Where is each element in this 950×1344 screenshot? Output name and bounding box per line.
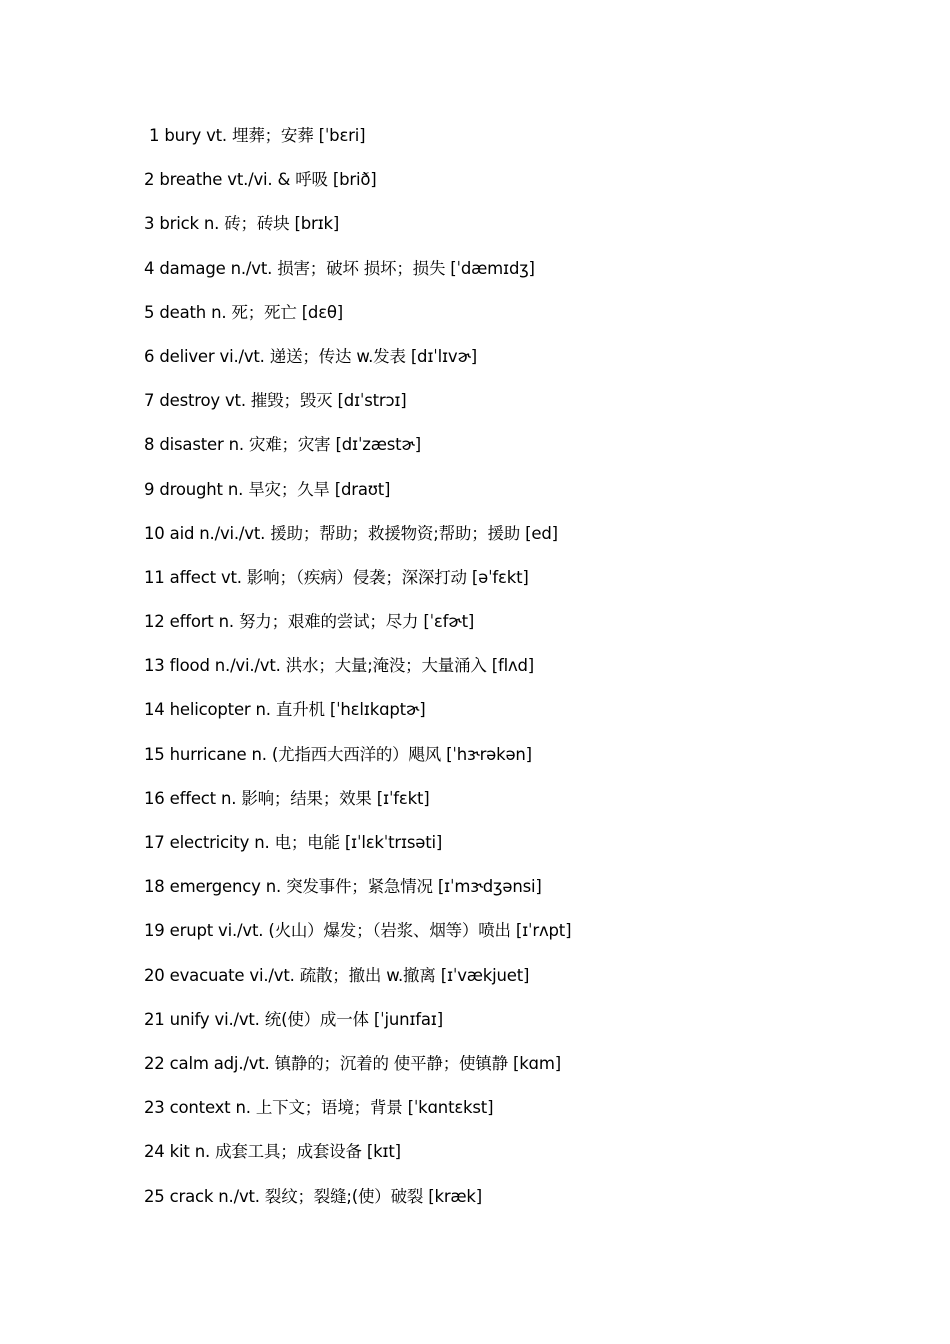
entry-word: kit bbox=[170, 1142, 190, 1161]
entry-ipa: [ˈbɛri] bbox=[319, 126, 366, 145]
entry-meaning: 递送；传达 w.发表 bbox=[270, 347, 406, 366]
entry-ipa: [kræk] bbox=[428, 1187, 482, 1206]
entry-number: 5 bbox=[144, 303, 154, 322]
entry-number: 14 bbox=[144, 700, 165, 719]
entry-ipa: [dɛθ] bbox=[302, 303, 343, 322]
entry-meaning: 统(使）成一体 bbox=[265, 1010, 369, 1029]
entry-ipa: [dɪˈzæstɚ] bbox=[336, 435, 421, 454]
entry-pos: n. bbox=[211, 303, 226, 322]
vocab-entry: 8 disaster n. 灾难；灾害 [dɪˈzæstɚ] bbox=[144, 434, 571, 478]
entry-ipa: [ɪˈlɛkˈtrɪsəti] bbox=[345, 833, 442, 852]
entry-pos: vt. bbox=[221, 568, 242, 587]
entry-number: 6 bbox=[144, 347, 154, 366]
entry-word: context bbox=[170, 1098, 231, 1117]
entry-ipa: [brɪk] bbox=[294, 214, 339, 233]
entry-number: 24 bbox=[144, 1142, 165, 1161]
entry-word: brick bbox=[159, 214, 198, 233]
vocab-entry: 17 electricity n. 电；电能 [ɪˈlɛkˈtrɪsəti] bbox=[144, 832, 571, 876]
entry-pos: n. bbox=[195, 1142, 210, 1161]
entry-word: effort bbox=[170, 612, 214, 631]
entry-ipa: [ˈɛfɚt] bbox=[423, 612, 474, 631]
entry-pos: n. bbox=[256, 700, 271, 719]
vocab-entry: 12 effort n. 努力；艰难的尝试；尽力 [ˈɛfɚt] bbox=[144, 611, 571, 655]
entry-ipa: [ˈhɛlɪkɑptɚ] bbox=[330, 700, 426, 719]
entry-number: 2 bbox=[144, 170, 154, 189]
entry-number: 7 bbox=[144, 391, 154, 410]
vocab-entry: 2 breathe vt./vi. & 呼吸 [brið] bbox=[144, 169, 571, 213]
entry-word: affect bbox=[170, 568, 216, 587]
vocab-entry: 1 bury vt. 埋葬；安葬 [ˈbɛri] bbox=[144, 125, 571, 169]
entry-ipa: [ɪˈfɛkt] bbox=[377, 789, 430, 808]
entry-meaning: (火山）爆发；（岩浆、烟等）喷出 bbox=[268, 921, 511, 940]
entry-number: 20 bbox=[144, 966, 165, 985]
entry-pos: vt./vi. bbox=[227, 170, 272, 189]
entry-ipa: [ˈdæmɪdʒ] bbox=[450, 259, 535, 278]
entry-meaning: 努力；艰难的尝试；尽力 bbox=[239, 612, 418, 631]
entry-word: electricity bbox=[170, 833, 250, 852]
entry-meaning: 电；电能 bbox=[275, 833, 340, 852]
entry-ipa: [kɑm] bbox=[513, 1054, 561, 1073]
entry-number: 1 bbox=[149, 126, 159, 145]
entry-meaning: 裂纹；裂缝;(使）破裂 bbox=[265, 1187, 423, 1206]
entry-pos: n. bbox=[254, 833, 269, 852]
vocab-entry: 3 brick n. 砖；砖块 [brɪk] bbox=[144, 213, 571, 257]
entry-number: 22 bbox=[144, 1054, 165, 1073]
vocab-entry: 7 destroy vt. 摧毁；毁灭 [dɪˈstrɔɪ] bbox=[144, 390, 571, 434]
entry-ipa: [kɪt] bbox=[367, 1142, 401, 1161]
entry-ipa: [ɪˈvækjuet] bbox=[441, 966, 530, 985]
entry-pos: n./vt. bbox=[218, 1187, 260, 1206]
vocab-entry: 9 drought n. 旱灾；久旱 [draʊt] bbox=[144, 479, 571, 523]
entry-meaning: (尤指西大西洋的）飓风 bbox=[272, 745, 441, 764]
vocab-entry: 10 aid n./vi./vt. 援助；帮助；救援物资;帮助；援助 [ed] bbox=[144, 523, 571, 567]
entry-pos: n./vi./vt. bbox=[215, 656, 281, 675]
entry-word: flood bbox=[170, 656, 210, 675]
entry-word: destroy bbox=[159, 391, 220, 410]
entry-ipa: [dɪˈlɪvɚ] bbox=[411, 347, 477, 366]
entry-ipa: [ˈjunɪfaɪ] bbox=[374, 1010, 443, 1029]
entry-meaning: 灾难；灾害 bbox=[249, 435, 331, 454]
entry-word: disaster bbox=[159, 435, 223, 454]
entry-number: 25 bbox=[144, 1187, 165, 1206]
entry-pos: n. bbox=[219, 612, 234, 631]
entry-number: 11 bbox=[144, 568, 165, 587]
entry-ipa: [ɪˈmɝdʒənsi] bbox=[438, 877, 542, 896]
entry-number: 12 bbox=[144, 612, 165, 631]
entry-meaning: 镇静的；沉着的 使平静；使镇静 bbox=[275, 1054, 508, 1073]
entry-number: 9 bbox=[144, 480, 154, 499]
entry-word: bury bbox=[164, 126, 201, 145]
vocab-entry: 18 emergency n. 突发事件；紧急情况 [ɪˈmɝdʒənsi] bbox=[144, 876, 571, 920]
entry-number: 23 bbox=[144, 1098, 165, 1117]
vocab-entry: 23 context n. 上下文；语境；背景 [ˈkɑntɛkst] bbox=[144, 1097, 571, 1141]
entry-pos: n. bbox=[236, 1098, 251, 1117]
entry-meaning: 埋葬；安葬 bbox=[232, 126, 314, 145]
entry-meaning: 疏散；撤出 w.撤离 bbox=[300, 966, 436, 985]
entry-word: evacuate bbox=[170, 966, 245, 985]
entry-number: 16 bbox=[144, 789, 165, 808]
vocab-entry: 24 kit n. 成套工具；成套设备 [kɪt] bbox=[144, 1141, 571, 1185]
entry-pos: n. bbox=[266, 877, 281, 896]
entry-meaning: 砖；砖块 bbox=[224, 214, 289, 233]
entry-pos: vt. bbox=[206, 126, 227, 145]
entry-pos: n. bbox=[251, 745, 266, 764]
entry-pos: n. bbox=[229, 435, 244, 454]
entry-pos: n./vt. bbox=[231, 259, 273, 278]
vocab-entry: 11 affect vt. 影响；（疾病）侵袭；深深打动 [əˈfɛkt] bbox=[144, 567, 571, 611]
entry-pos: n. bbox=[204, 214, 219, 233]
vocab-entry: 14 helicopter n. 直升机 [ˈhɛlɪkɑptɚ] bbox=[144, 699, 571, 743]
entry-meaning: 援助；帮助；救援物资;帮助；援助 bbox=[270, 524, 520, 543]
entry-meaning: 影响；（疾病）侵袭；深深打动 bbox=[247, 568, 467, 587]
entry-word: effect bbox=[170, 789, 216, 808]
entry-ipa: [əˈfɛkt] bbox=[472, 568, 529, 587]
entry-ipa: [ˈhɝrəkən] bbox=[446, 745, 532, 764]
entry-meaning: 洪水；大量;淹没；大量涌入 bbox=[286, 656, 487, 675]
entry-word: drought bbox=[159, 480, 222, 499]
entry-word: unify bbox=[170, 1010, 210, 1029]
entry-pos: vt. bbox=[225, 391, 246, 410]
entry-meaning: 直升机 bbox=[276, 700, 325, 719]
entry-pos: n. bbox=[221, 789, 236, 808]
entry-word: damage bbox=[159, 259, 225, 278]
entry-meaning: 成套工具；成套设备 bbox=[215, 1142, 362, 1161]
vocab-entry: 20 evacuate vi./vt. 疏散；撤出 w.撤离 [ɪˈvækjue… bbox=[144, 965, 571, 1009]
entry-word: deliver bbox=[159, 347, 214, 366]
entry-pos: vi./vt. bbox=[249, 966, 294, 985]
entry-word: helicopter bbox=[170, 700, 251, 719]
entry-pos: vi./vt. bbox=[218, 921, 263, 940]
entry-pos: n./vi./vt. bbox=[199, 524, 265, 543]
entry-pos: vi./vt. bbox=[215, 1010, 260, 1029]
entry-word: breathe bbox=[159, 170, 222, 189]
entry-meaning: & 呼吸 bbox=[278, 170, 328, 189]
entry-number: 17 bbox=[144, 833, 165, 852]
entry-number: 21 bbox=[144, 1010, 165, 1029]
vocabulary-list: 1 bury vt. 埋葬；安葬 [ˈbɛri] 2 breathe vt./v… bbox=[144, 125, 571, 1230]
entry-meaning: 旱灾；久旱 bbox=[248, 480, 330, 499]
entry-number: 4 bbox=[144, 259, 154, 278]
vocab-entry: 5 death n. 死；死亡 [dɛθ] bbox=[144, 302, 571, 346]
entry-ipa: [ˈkɑntɛkst] bbox=[408, 1098, 494, 1117]
entry-word: death bbox=[159, 303, 206, 322]
entry-word: crack bbox=[170, 1187, 214, 1206]
vocab-entry: 22 calm adj./vt. 镇静的；沉着的 使平静；使镇静 [kɑm] bbox=[144, 1053, 571, 1097]
entry-number: 13 bbox=[144, 656, 165, 675]
vocab-entry: 13 flood n./vi./vt. 洪水；大量;淹没；大量涌入 [flʌd] bbox=[144, 655, 571, 699]
entry-meaning: 影响；结果；效果 bbox=[241, 789, 371, 808]
entry-number: 10 bbox=[144, 524, 165, 543]
entry-ipa: [dɪˈstrɔɪ] bbox=[337, 391, 406, 410]
vocab-entry: 19 erupt vi./vt. (火山）爆发；（岩浆、烟等）喷出 [ɪˈrʌp… bbox=[144, 920, 571, 964]
vocab-entry: 16 effect n. 影响；结果；效果 [ɪˈfɛkt] bbox=[144, 788, 571, 832]
entry-number: 19 bbox=[144, 921, 165, 940]
vocab-entry: 4 damage n./vt. 损害；破坏 损坏；损失 [ˈdæmɪdʒ] bbox=[144, 258, 571, 302]
entry-meaning: 突发事件；紧急情况 bbox=[286, 877, 433, 896]
entry-meaning: 损害；破坏 损坏；损失 bbox=[277, 259, 445, 278]
entry-ipa: [flʌd] bbox=[492, 656, 534, 675]
entry-number: 3 bbox=[144, 214, 154, 233]
entry-pos: n. bbox=[228, 480, 243, 499]
entry-number: 18 bbox=[144, 877, 165, 896]
entry-word: erupt bbox=[170, 921, 213, 940]
entry-number: 15 bbox=[144, 745, 165, 764]
entry-ipa: [ed] bbox=[525, 524, 558, 543]
vocab-entry: 21 unify vi./vt. 统(使）成一体 [ˈjunɪfaɪ] bbox=[144, 1009, 571, 1053]
entry-ipa: [draʊt] bbox=[335, 480, 391, 499]
entry-number: 8 bbox=[144, 435, 154, 454]
entry-meaning: 上下文；语境；背景 bbox=[256, 1098, 403, 1117]
entry-meaning: 摧毁；毁灭 bbox=[251, 391, 333, 410]
vocab-entry: 15 hurricane n. (尤指西大西洋的）飓风 [ˈhɝrəkən] bbox=[144, 744, 571, 788]
entry-ipa: [brið] bbox=[333, 170, 377, 189]
document-page: 1 bury vt. 埋葬；安葬 [ˈbɛri] 2 breathe vt./v… bbox=[0, 0, 950, 1344]
entry-word: hurricane bbox=[170, 745, 247, 764]
entry-word: aid bbox=[170, 524, 195, 543]
entry-pos: adj./vt. bbox=[214, 1054, 270, 1073]
vocab-entry: 25 crack n./vt. 裂纹；裂缝;(使）破裂 [kræk] bbox=[144, 1186, 571, 1230]
entry-pos: vi./vt. bbox=[220, 347, 265, 366]
entry-word: emergency bbox=[170, 877, 261, 896]
entry-word: calm bbox=[170, 1054, 209, 1073]
entry-ipa: [ɪˈrʌpt] bbox=[516, 921, 571, 940]
entry-meaning: 死；死亡 bbox=[231, 303, 296, 322]
vocab-entry: 6 deliver vi./vt. 递送；传达 w.发表 [dɪˈlɪvɚ] bbox=[144, 346, 571, 390]
